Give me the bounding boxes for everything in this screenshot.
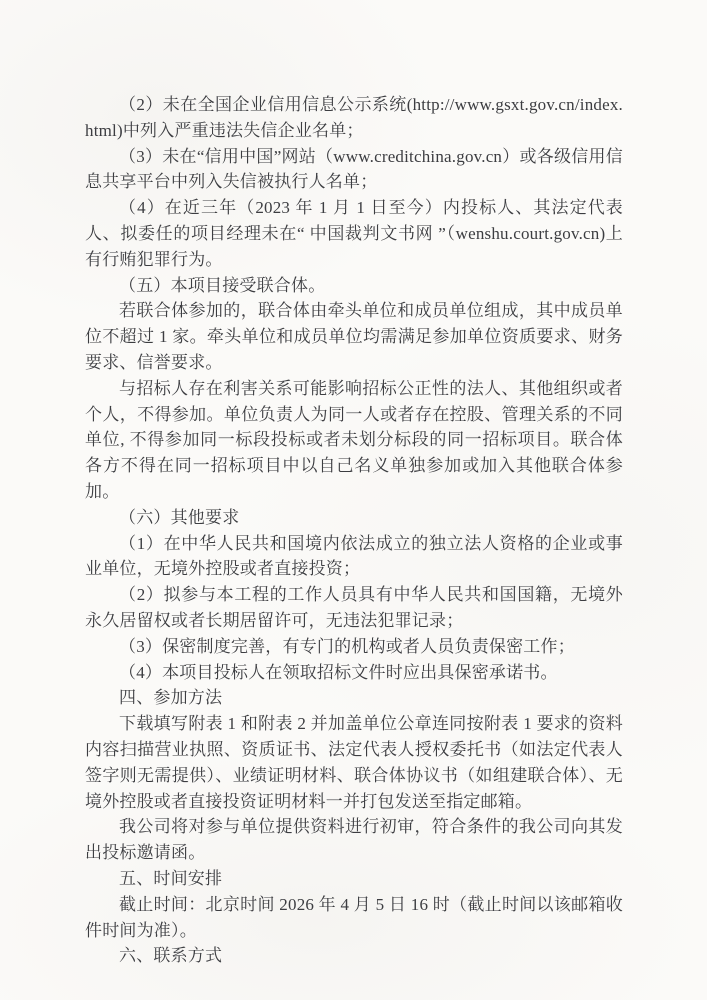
heading-participation-method: 四、参加方法 (85, 685, 623, 711)
heading-other-requirements: （六）其他要求 (85, 505, 623, 531)
clause-bribery-record: （4）在近三年（2023 年 1 月 1 日至今）内投标人、其法定代表人、拟委任… (85, 195, 623, 272)
para-participation-instructions: 下载填写附表 1 和附表 2 并加盖单位公章连同按附表 1 要求的资料内容扫描营… (85, 711, 623, 814)
clause-credit-china: （3）未在“信用中国”网站（www.creditchina.gov.cn）或各级… (85, 144, 623, 196)
document-page: （2）未在全国企业信用信息公示系统(http://www.gsxt.gov.cn… (0, 0, 707, 1000)
clause-personnel-nationality: （2）拟参与本工程的工作人员具有中华人民共和国国籍，无境外永久居留权或者长期居留… (85, 582, 623, 634)
clause-consortium-accepted: （五）本项目接受联合体。 (85, 273, 623, 299)
para-conflict-of-interest: 与招标人存在利害关系可能影响招标公正性的法人、其他组织或者个人，不得参加。单位负… (85, 376, 623, 505)
heading-time-schedule: 五、时间安排 (85, 866, 623, 892)
heading-contact-info: 六、联系方式 (85, 943, 623, 969)
clause-credit-system: （2）未在全国企业信用信息公示系统(http://www.gsxt.gov.cn… (85, 92, 623, 144)
para-deadline: 截止时间：北京时间 2026 年 4 月 5 日 16 时（截止时间以该邮箱收件… (85, 892, 623, 944)
clause-confidentiality-commitment: （4）本项目投标人在领取招标文件时应出具保密承诺书。 (85, 660, 623, 686)
para-consortium-composition: 若联合体参加的，联合体由牵头单位和成员单位组成，其中成员单位不超过 1 家。牵头… (85, 298, 623, 375)
para-preliminary-review: 我公司将对参与单位提供资料进行初审，符合条件的我公司向其发出投标邀请函。 (85, 814, 623, 866)
clause-legal-entity: （1）在中华人民共和国境内依法成立的独立法人资格的企业或事业单位，无境外控股或者… (85, 531, 623, 583)
clause-confidentiality-system: （3）保密制度完善，有专门的机构或者人员负责保密工作； (85, 634, 623, 660)
